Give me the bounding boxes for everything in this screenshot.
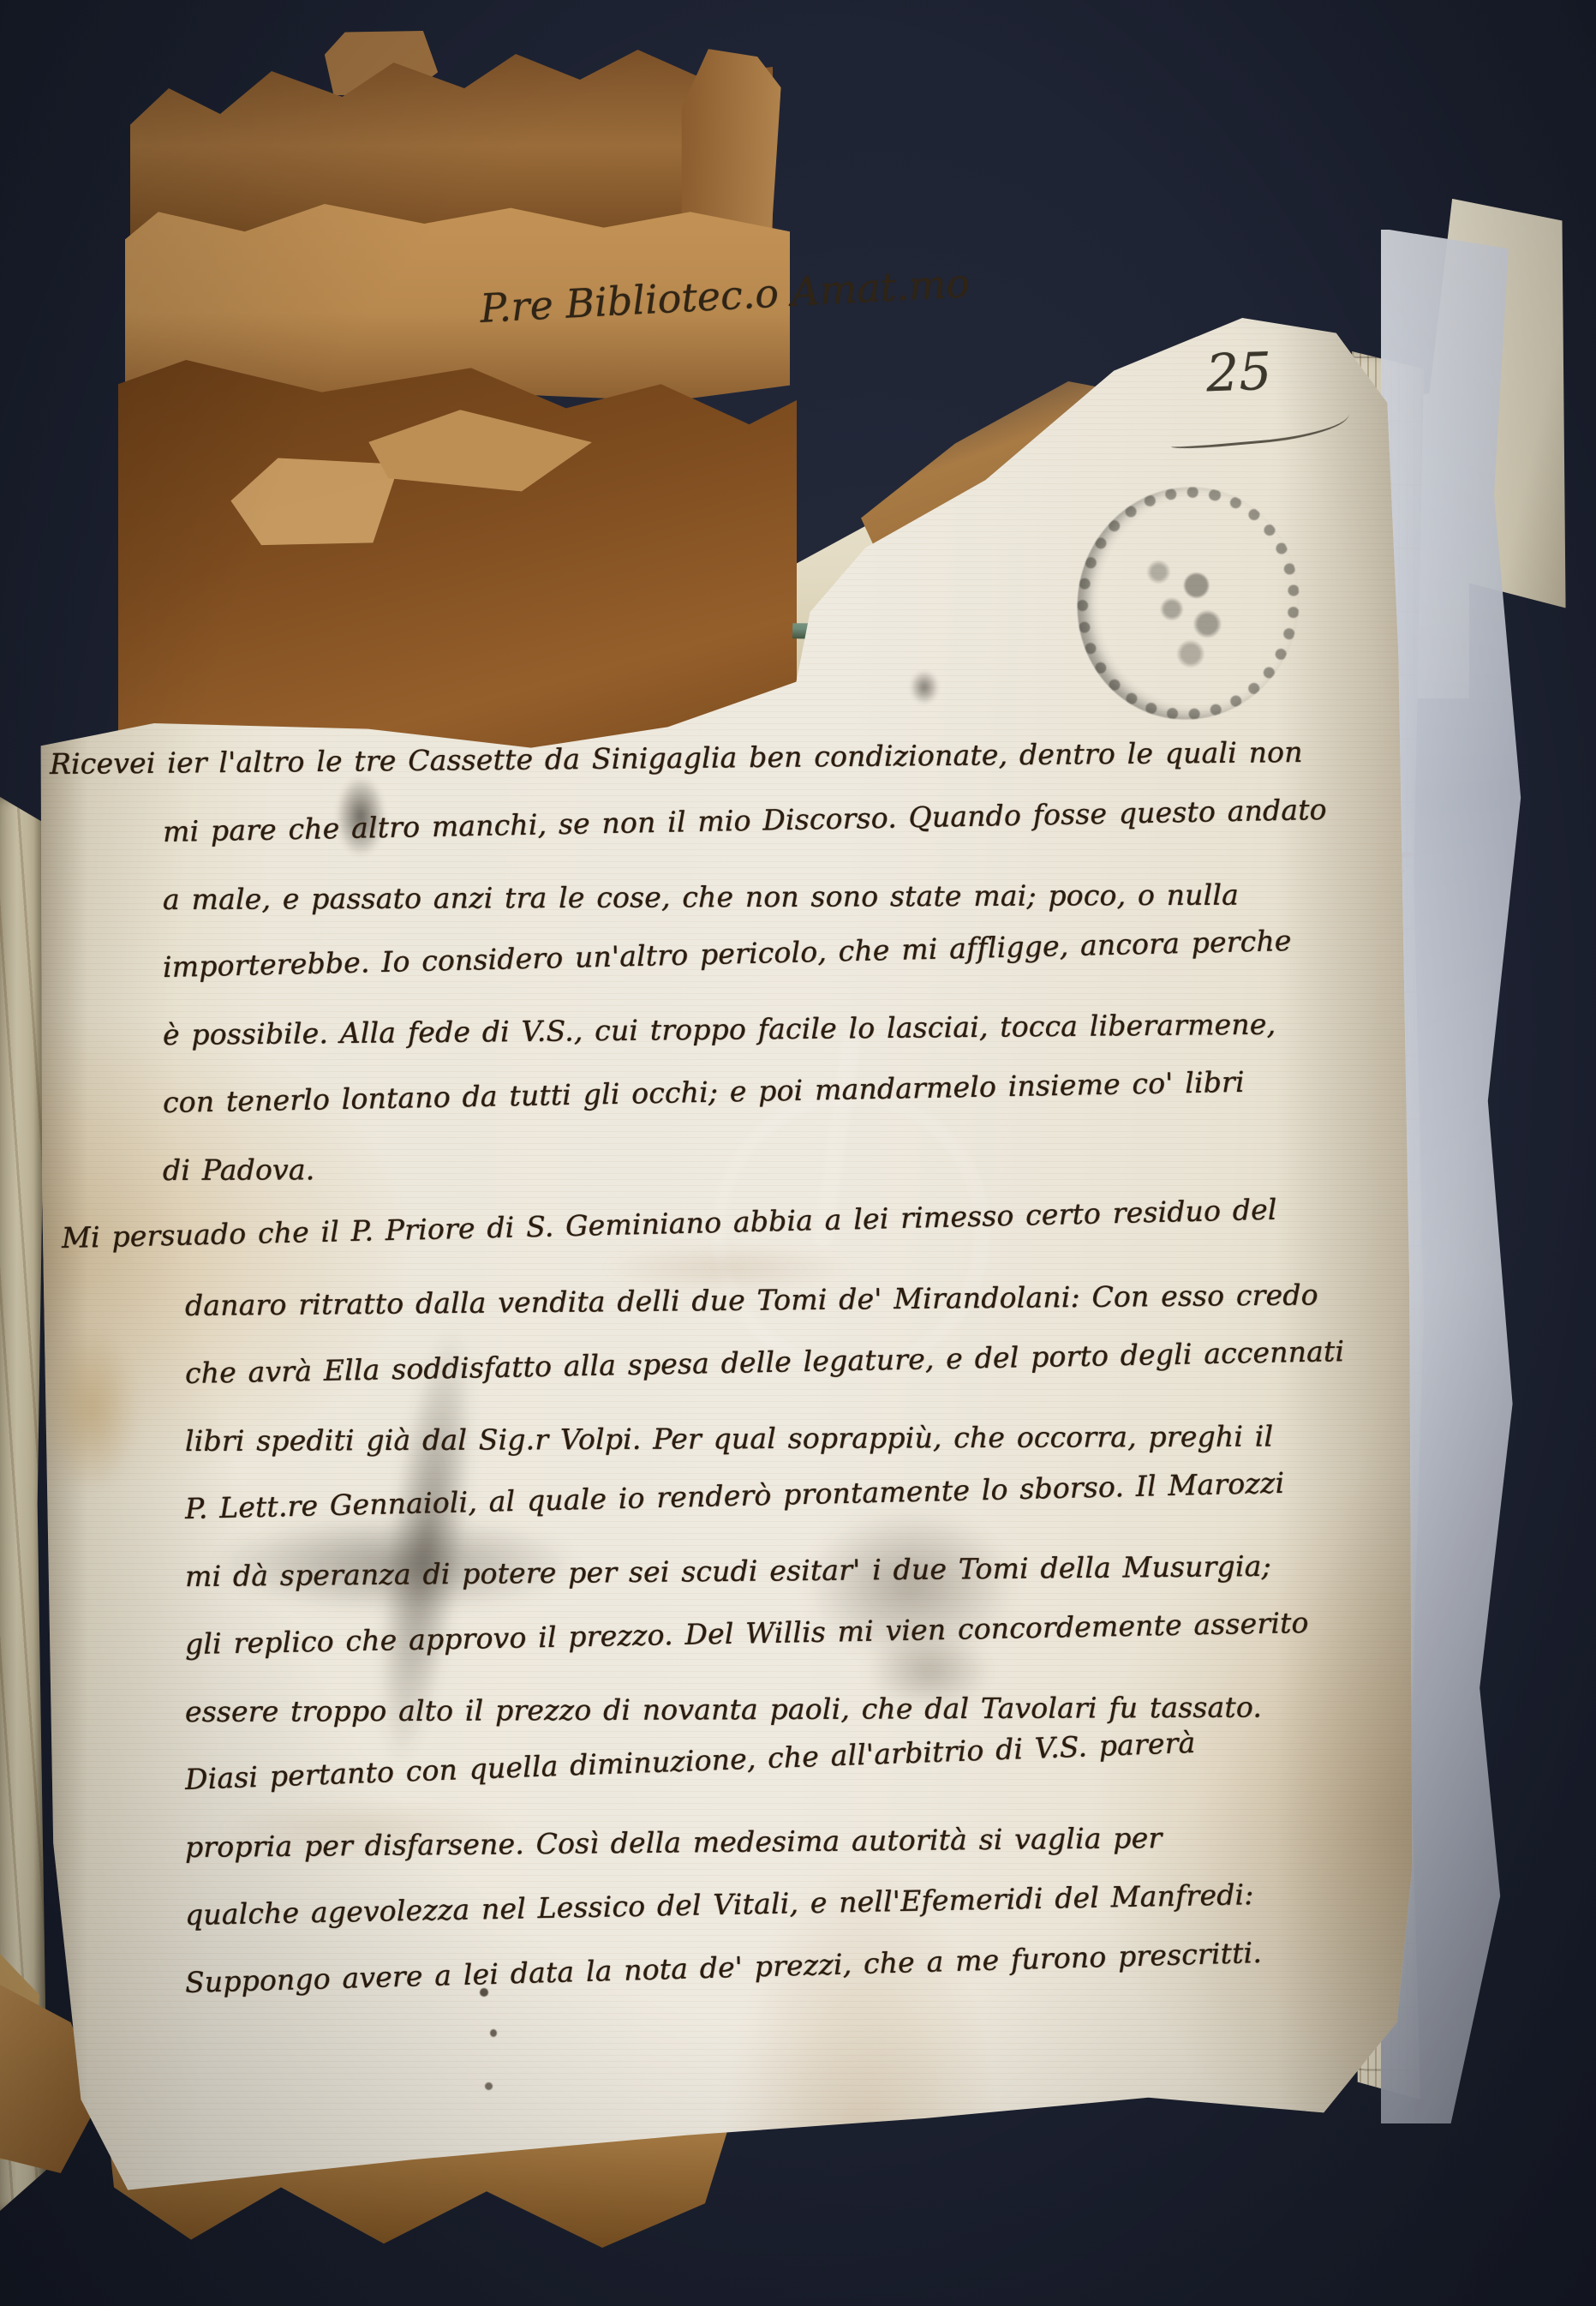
letter-body: Ricevei ier l'altro le tre Cassette da S…	[50, 730, 1390, 2016]
page-number: 25	[1205, 342, 1273, 404]
photo-backdrop: P.re Bibliotec.o Amat.mo 25 Ricevei ier …	[0, 0, 1596, 2306]
